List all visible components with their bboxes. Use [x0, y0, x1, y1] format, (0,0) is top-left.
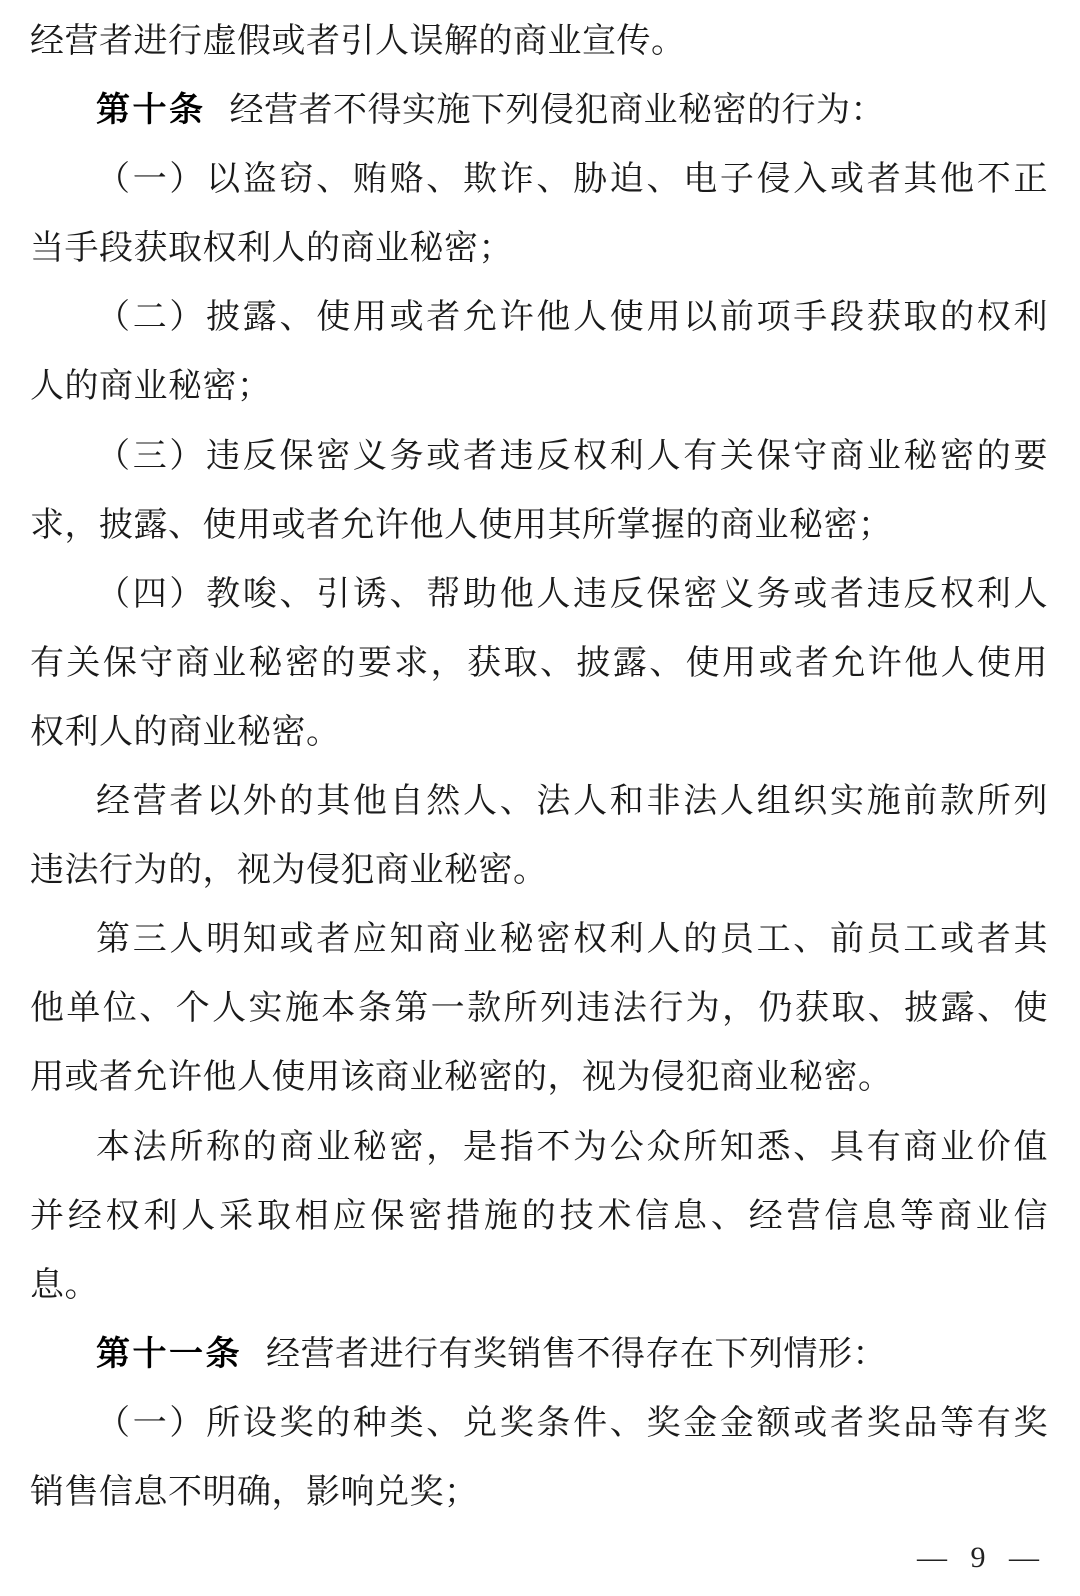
text-segment: 第三人明知或者应知商业秘密权利人的员工、前员工或者其: [96, 921, 1048, 958]
text-line: 息。: [30, 1251, 1048, 1320]
text-line: 有关保守商业秘密的要求，获取、披露、使用或者允许他人使用: [30, 629, 1048, 698]
document-body: 经营者进行虚假或者引人误解的商业宣传。第十条经营者不得实施下列侵犯商业秘密的行为…: [30, 7, 1048, 1527]
text-segment: （四）教唆、引诱、帮助他人违反保密义务或者违反权利人: [96, 576, 1048, 613]
text-line: 并经权利人采取相应保密措施的技术信息、经营信息等商业信: [30, 1182, 1048, 1251]
text-line: 用或者允许他人使用该商业秘密的，视为侵犯商业秘密。: [30, 1043, 1048, 1112]
text-line: 经营者以外的其他自然人、法人和非法人组织实施前款所列: [30, 767, 1048, 836]
text-line: 人的商业秘密；: [30, 352, 1048, 421]
text-line: 第十条经营者不得实施下列侵犯商业秘密的行为：: [30, 76, 1048, 145]
text-segment: 用或者允许他人使用该商业秘密的，视为侵犯商业秘密。: [30, 1059, 893, 1096]
text-segment: 息。: [30, 1267, 99, 1304]
text-segment: 本法所称的商业秘密，是指不为公众所知悉、具有商业价值: [96, 1129, 1048, 1166]
text-line: 违法行为的，视为侵犯商业秘密。: [30, 836, 1048, 905]
text-line: 第十一条经营者进行有奖销售不得存在下列情形：: [30, 1320, 1048, 1389]
text-line: （四）教唆、引诱、帮助他人违反保密义务或者违反权利人: [30, 560, 1048, 629]
text-segment: 有关保守商业秘密的要求，获取、披露、使用或者允许他人使用: [30, 645, 1048, 682]
text-line: 权利人的商业秘密。: [30, 698, 1048, 767]
text-line: 他单位、个人实施本条第一款所列违法行为，仍获取、披露、使: [30, 974, 1048, 1043]
text-line: 求，披露、使用或者允许他人使用其所掌握的商业秘密；: [30, 491, 1048, 560]
text-segment: 违法行为的，视为侵犯商业秘密。: [30, 852, 548, 889]
document-page: 经营者进行虚假或者引人误解的商业宣传。第十条经营者不得实施下列侵犯商业秘密的行为…: [0, 0, 1080, 1596]
text-segment: （三）违反保密义务或者违反权利人有关保守商业秘密的要: [96, 438, 1048, 475]
text-segment: （二）披露、使用或者允许他人使用以前项手段获取的权利: [96, 299, 1048, 336]
text-line: （一）所设奖的种类、兑奖条件、奖金金额或者奖品等有奖: [30, 1389, 1048, 1458]
text-segment: 经营者以外的其他自然人、法人和非法人组织实施前款所列: [96, 783, 1048, 820]
text-line: （二）披露、使用或者允许他人使用以前项手段获取的权利: [30, 283, 1048, 352]
text-line: （一）以盗窃、贿赂、欺诈、胁迫、电子侵入或者其他不正: [30, 145, 1048, 214]
article-heading: 第十一条: [96, 1335, 242, 1373]
text-segment: 权利人的商业秘密。: [30, 714, 341, 751]
text-segment: 销售信息不明确，影响兑奖；: [30, 1474, 479, 1511]
text-line: 本法所称的商业秘密，是指不为公众所知悉、具有商业价值: [30, 1113, 1048, 1182]
text-segment: 人的商业秘密；: [30, 368, 272, 405]
text-segment: （一）所设奖的种类、兑奖条件、奖金金额或者奖品等有奖: [96, 1405, 1048, 1442]
text-line: 经营者进行虚假或者引人误解的商业宣传。: [30, 7, 1048, 76]
text-segment: 当手段获取权利人的商业秘密；: [30, 230, 513, 267]
text-segment: 经营者不得实施下列侵犯商业秘密的行为：: [230, 92, 886, 129]
text-line: 当手段获取权利人的商业秘密；: [30, 214, 1048, 283]
page-number: — 9 —: [917, 1538, 1040, 1578]
text-line: （三）违反保密义务或者违反权利人有关保守商业秘密的要: [30, 422, 1048, 491]
text-segment: （一）以盗窃、贿赂、欺诈、胁迫、电子侵入或者其他不正: [96, 161, 1048, 198]
text-segment: 并经权利人采取相应保密措施的技术信息、经营信息等商业信: [30, 1198, 1048, 1235]
article-heading: 第十条: [96, 91, 206, 129]
text-segment: 经营者进行有奖销售不得存在下列情形：: [266, 1336, 887, 1373]
text-segment: 他单位、个人实施本条第一款所列违法行为，仍获取、披露、使: [30, 990, 1048, 1027]
text-segment: 求，披露、使用或者允许他人使用其所掌握的商业秘密；: [30, 507, 893, 544]
text-segment: 经营者进行虚假或者引人误解的商业宣传。: [30, 23, 686, 60]
text-line: 第三人明知或者应知商业秘密权利人的员工、前员工或者其: [30, 905, 1048, 974]
text-line: 销售信息不明确，影响兑奖；: [30, 1458, 1048, 1527]
